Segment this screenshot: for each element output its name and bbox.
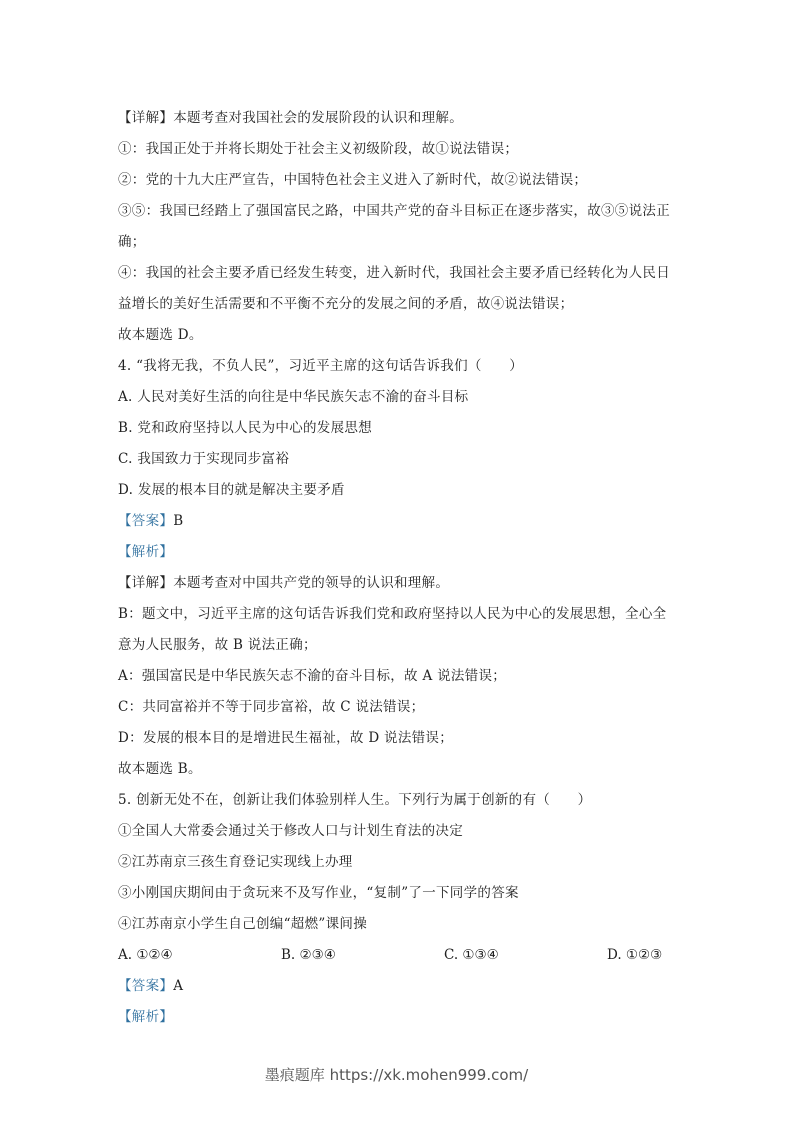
q3-conclusion: 故本题选 D。 bbox=[118, 320, 683, 351]
q4-detail-line: A：强国富民是中华民族矢志不渝的奋斗目标，故 A 说法错误； bbox=[118, 661, 683, 692]
q5-option-d: D. ①②③ bbox=[607, 940, 662, 971]
q5-option-c: C. ①③④ bbox=[444, 940, 607, 971]
q3-detail-heading: 【详解】本题考查对我国社会的发展阶段的认识和理解。 bbox=[118, 103, 683, 134]
q5-item: ③小刚国庆期间由于贪玩来不及写作业，“复制”了一下同学的答案 bbox=[118, 878, 683, 909]
q4-detail-line: C：共同富裕并不等于同步富裕，故 C 说法错误； bbox=[118, 692, 683, 723]
q4-detail-line: 意为人民服务，故 B 说法正确； bbox=[118, 630, 683, 661]
answer-tag: 【答案】 bbox=[118, 978, 173, 994]
answer-value: A bbox=[173, 978, 183, 994]
q4-detail-line: B：题文中，习近平主席的这句话告诉我们党和政府坚持以人民为中心的发展思想，全心全 bbox=[118, 599, 683, 630]
q5-analysis: 【解析】 bbox=[118, 1002, 683, 1033]
q3-detail-line: ③⑤：我国已经踏上了强国富民之路，中国共产党的奋斗目标正在逐步落实，故③⑤说法正 bbox=[118, 196, 683, 227]
q4-stem: 4. “我将无我，不负人民”，习近平主席的这句话告诉我们（ ） bbox=[118, 351, 683, 382]
analysis-tag: 【解析】 bbox=[118, 1009, 173, 1025]
document-page: 【详解】本题考查对我国社会的发展阶段的认识和理解。 ①：我国正处于并将长期处于社… bbox=[118, 103, 683, 1033]
q5-answer: 【答案】A bbox=[118, 971, 683, 1002]
footer-watermark: 墨痕题库 https://xk.mohen999.com/ bbox=[0, 1064, 793, 1085]
q5-options: A. ①②④ B. ②③④ C. ①③④ D. ①②③ bbox=[118, 940, 683, 971]
q4-answer: 【答案】B bbox=[118, 506, 683, 537]
q4-option-d: D. 发展的根本目的就是解决主要矛盾 bbox=[118, 475, 683, 506]
q3-detail-line: ①：我国正处于并将长期处于社会主义初级阶段，故①说法错误； bbox=[118, 134, 683, 165]
q4-conclusion: 故本题选 B。 bbox=[118, 754, 683, 785]
q5-item: ①全国人大常委会通过关于修改人口与计划生育法的决定 bbox=[118, 816, 683, 847]
q3-detail-line: 确； bbox=[118, 227, 683, 258]
detail-tag: 【详解】 bbox=[118, 575, 173, 591]
q3-detail-line: 益增长的美好生活需要和不平衡不充分的发展之间的矛盾，故④说法错误； bbox=[118, 289, 683, 320]
q5-stem: 5. 创新无处不在，创新让我们体验别样人生。下列行为属于创新的有（ ） bbox=[118, 785, 683, 816]
detail-intro: 本题考查对中国共产党的领导的认识和理解。 bbox=[173, 575, 449, 591]
q5-item: ④江苏南京小学生自己创编“超燃”课间操 bbox=[118, 909, 683, 940]
q3-detail-line: ④：我国的社会主要矛盾已经发生转变，进入新时代，我国社会主要矛盾已经转化为人民日 bbox=[118, 258, 683, 289]
analysis-tag: 【解析】 bbox=[118, 544, 173, 560]
q4-detail-line: D：发展的根本目的是增进民生福祉，故 D 说法错误； bbox=[118, 723, 683, 754]
answer-value: B bbox=[173, 513, 183, 529]
q5-item: ②江苏南京三孩生育登记实现线上办理 bbox=[118, 847, 683, 878]
detail-tag: 【详解】 bbox=[118, 110, 173, 126]
q4-detail-heading: 【详解】本题考查对中国共产党的领导的认识和理解。 bbox=[118, 568, 683, 599]
q5-option-a: A. ①②④ bbox=[118, 940, 281, 971]
answer-tag: 【答案】 bbox=[118, 513, 173, 529]
q4-analysis: 【解析】 bbox=[118, 537, 683, 568]
q4-option-b: B. 党和政府坚持以人民为中心的发展思想 bbox=[118, 413, 683, 444]
detail-intro: 本题考查对我国社会的发展阶段的认识和理解。 bbox=[173, 110, 463, 126]
q3-detail-line: ②：党的十九大庄严宣告，中国特色社会主义进入了新时代，故②说法错误； bbox=[118, 165, 683, 196]
q4-option-a: A. 人民对美好生活的向往是中华民族矢志不渝的奋斗目标 bbox=[118, 382, 683, 413]
q4-option-c: C. 我国致力于实现同步富裕 bbox=[118, 444, 683, 475]
q5-option-b: B. ②③④ bbox=[281, 940, 444, 971]
